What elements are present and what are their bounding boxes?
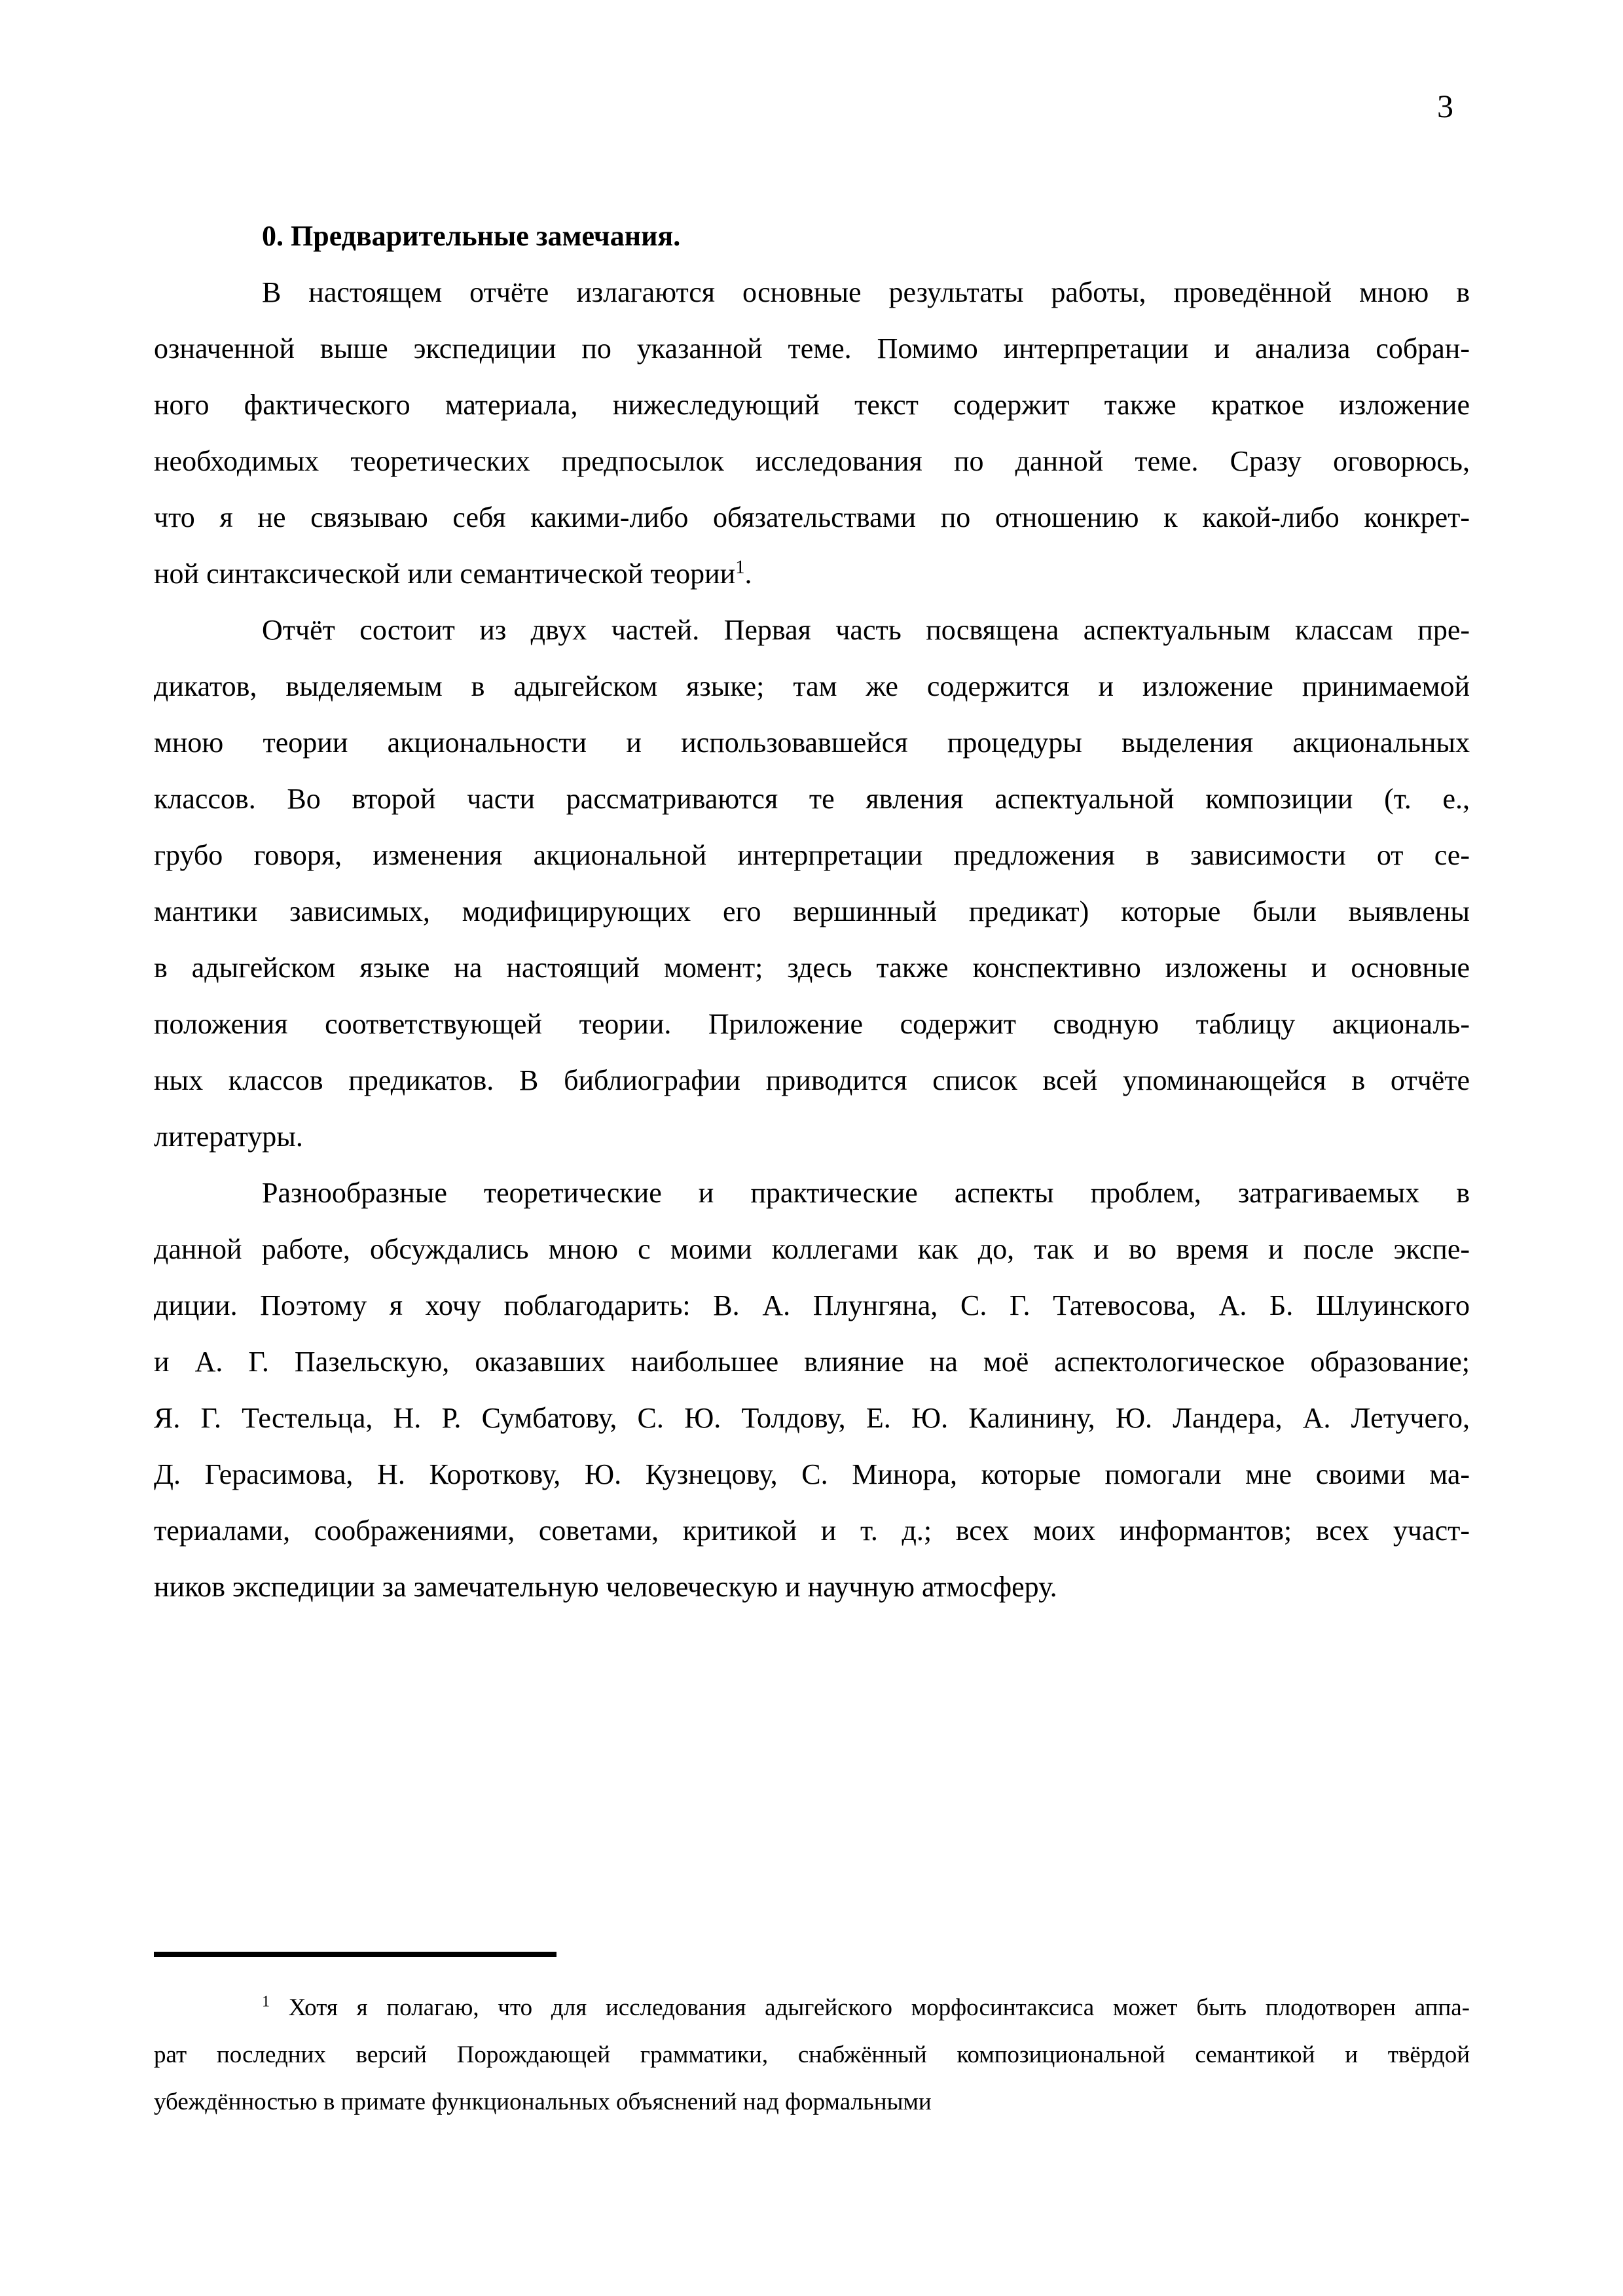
text-line: данной работе, обсуждались мною с моими … xyxy=(154,1221,1470,1278)
text-line: и А. Г. Пазельскую, оказавших наибольшее… xyxy=(154,1334,1470,1390)
text-line: ного фактического материала, нижеследующ… xyxy=(154,377,1470,433)
text-line: териалами, соображениями, советами, крит… xyxy=(154,1503,1470,1559)
footnote-number: 1 xyxy=(262,1994,270,2011)
text-line: грубо говоря, изменения акциональной инт… xyxy=(154,827,1470,884)
footnote-separator-rule xyxy=(154,1952,556,1957)
text-line: необходимых теоретических предпосылок ис… xyxy=(154,433,1470,490)
main-text: 0. Предварительные замечания. В настояще… xyxy=(154,208,1470,1615)
text-line: мантики зависимых, модифицирующих его ве… xyxy=(154,884,1470,940)
page-number: 3 xyxy=(1437,86,1453,126)
text-line: Разнообразные теоретические и практическ… xyxy=(154,1165,1470,1221)
text-line: Д. Герасимова, Н. Короткову, Ю. Кузнецов… xyxy=(154,1446,1470,1503)
text-line: дикатов, выделяемым в адыгейском языке; … xyxy=(154,658,1470,715)
text-line: мною теории акциональности и использовав… xyxy=(154,715,1470,771)
section-heading: 0. Предварительные замечания. xyxy=(154,208,1470,264)
footnote-line: рат последних версий Порождающей граммат… xyxy=(154,2032,1470,2079)
footnote-ref-marker: 1 xyxy=(735,557,744,577)
text-line: ной синтаксической или семантической тео… xyxy=(154,546,1470,602)
text-line: литературы. xyxy=(154,1109,1470,1165)
text-line: в адыгейском языке на настоящий момент; … xyxy=(154,940,1470,996)
text-line: Отчёт состоит из двух частей. Первая час… xyxy=(154,602,1470,658)
footnote-area: 1 Хотя я полагаю, что для исследования а… xyxy=(154,1952,1470,2126)
footnote-line: 1 Хотя я полагаю, что для исследования а… xyxy=(154,1984,1470,2032)
text-line: ных классов предикатов. В библиографии п… xyxy=(154,1052,1470,1109)
text-line: классов. Во второй части рассматриваются… xyxy=(154,771,1470,827)
footnote-line: убеждённостью в примате функциональных о… xyxy=(154,2079,1470,2126)
document-page: 3 0. Предварительные замечания. В настоя… xyxy=(0,0,1623,2296)
text-line: что я не связываю себя какими-либо обяза… xyxy=(154,490,1470,546)
text-line: означенной выше экспедиции по указанной … xyxy=(154,321,1470,377)
text-line: диции. Поэтому я хочу поблагодарить: В. … xyxy=(154,1278,1470,1334)
text-line: положения соответствующей теории. Прилож… xyxy=(154,996,1470,1052)
text-line: В настоящем отчёте излагаются основные р… xyxy=(154,264,1470,321)
text-segment: ной синтаксической или семантической тео… xyxy=(154,558,735,590)
text-segment: . xyxy=(745,558,752,590)
text-segment: Хотя я полагаю, что для исследования ады… xyxy=(270,1994,1470,2021)
text-line: Я. Г. Тестельца, Н. Р. Сумбатову, С. Ю. … xyxy=(154,1390,1470,1446)
text-line: ников экспедиции за замечательную челове… xyxy=(154,1559,1470,1615)
